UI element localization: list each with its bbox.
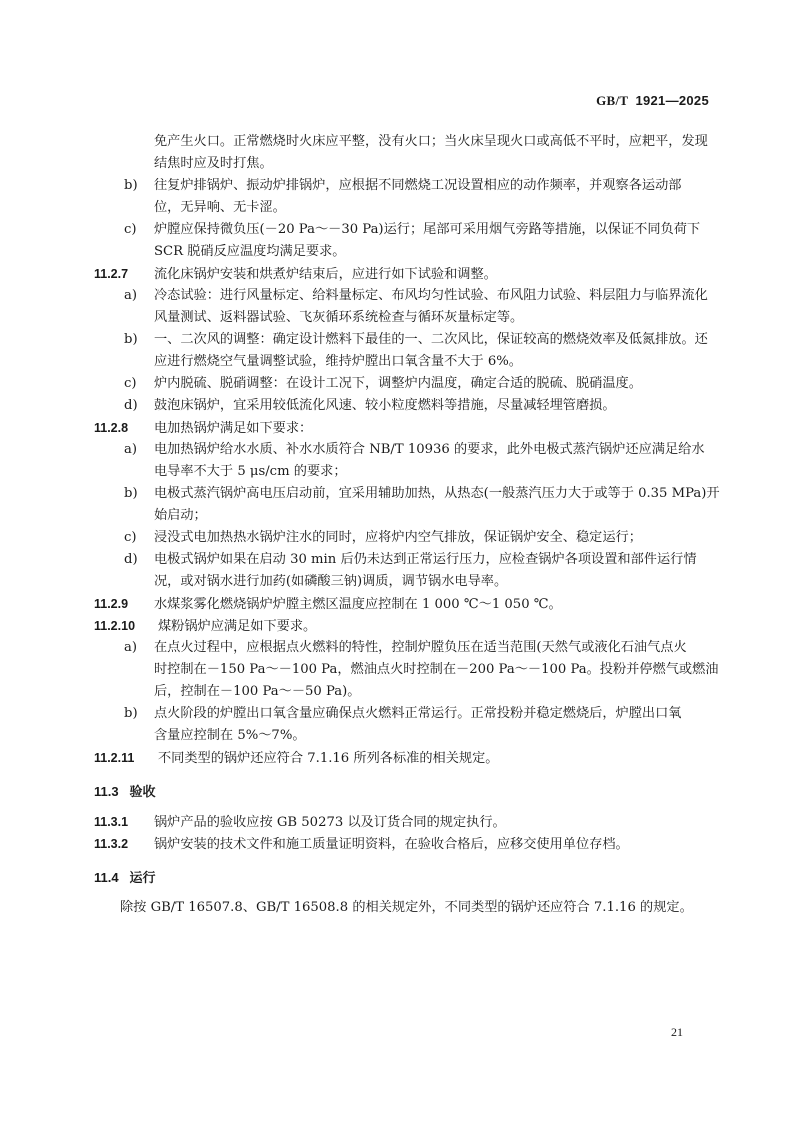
- continuation-line: 免产生火口。正常燃烧时火床应平整，没有火口；当火床呈现火口或高低不平时，应耙平，…: [94, 131, 706, 153]
- item-label: a): [124, 439, 137, 461]
- section-heading-11-3: 11.3 验收: [94, 781, 706, 803]
- item-label: b): [124, 703, 138, 725]
- standard-prefix: GB/T: [596, 93, 628, 108]
- clause-11-2-10: 11.2.10煤粉锅炉应满足如下要求。: [94, 615, 706, 637]
- list-item-b: b) 往复炉排锅炉、振动炉排锅炉，应根据不同燃烧工况设置相应的动作频率，并观察各…: [94, 175, 706, 219]
- item-text-line: 应进行燃烧空气量调整试验，维持炉膛出口氧含量不大于 6%。: [154, 351, 706, 373]
- list-item-d: d) 鼓泡床锅炉，宜采用较低流化风速、较小粒度燃料等措施，尽量减轻埋管磨损。: [94, 395, 706, 417]
- item-label: b): [124, 329, 138, 351]
- item-label: c): [124, 527, 137, 549]
- clause-text: 煤粉锅炉应满足如下要求。: [158, 619, 316, 634]
- clause-text: 水煤浆雾化燃烧锅炉炉膛主燃区温度应控制在 1 000 ℃～1 050 ℃。: [154, 597, 562, 612]
- list-item-d: d) 电极式锅炉如果在启动 30 min 后仍未达到正常运行压力，应检查锅炉各项…: [94, 549, 706, 593]
- item-text-line: 电极式蒸汽锅炉高电压启动前，宜采用辅助加热，从热态(一般蒸汽压力大于或等于 0.…: [154, 483, 706, 505]
- clause-11-3-1: 11.3.1锅炉产品的验收应按 GB 50273 以及订货合同的规定执行。: [94, 811, 706, 833]
- clause-number: 11.2.11: [94, 747, 158, 769]
- clause-11-2-11: 11.2.11不同类型的锅炉还应符合 7.1.16 所列各标准的相关规定。: [94, 747, 706, 769]
- item-text-line: 炉内脱硫、脱硝调整：在设计工况下，调整炉内温度，确定合适的脱硫、脱硝温度。: [154, 373, 706, 395]
- item-label: d): [124, 549, 138, 571]
- item-label: b): [124, 175, 138, 197]
- clause-number: 11.2.7: [94, 263, 154, 285]
- list-item-a: a) 在点火过程中，应根据点火燃料的特性，控制炉膛负压在适当范围(天然气或液化石…: [94, 637, 706, 703]
- page-content: 免产生火口。正常燃烧时火床应平整，没有火口；当火床呈现火口或高低不平时，应耙平，…: [94, 131, 706, 919]
- clause-number: 11.3.2: [94, 833, 154, 855]
- item-text-line: 后，控制在－100 Pa～－50 Pa)。: [154, 681, 706, 703]
- clause-number: 11.2.10: [94, 615, 158, 637]
- list-item-b: b) 电极式蒸汽锅炉高电压启动前，宜采用辅助加热，从热态(一般蒸汽压力大于或等于…: [94, 483, 706, 527]
- item-text-line: SCR 脱硝反应温度均满足要求。: [154, 241, 706, 263]
- clause-number: 11.2.8: [94, 417, 154, 439]
- standard-number: 1921—2025: [635, 93, 709, 108]
- clause-text: 锅炉产品的验收应按 GB 50273 以及订货合同的规定执行。: [154, 815, 506, 830]
- list-item-b: b) 一、二次风的调整：确定设计燃料下最佳的一、二次风比，保证较高的燃烧效率及低…: [94, 329, 706, 373]
- item-text-line: 炉膛应保持微负压(－20 Pa～－30 Pa)运行；尾部可采用烟气旁路等措施，以…: [154, 219, 706, 241]
- item-text-line: 含量应控制在 5%～7%。: [154, 725, 706, 747]
- item-label: c): [124, 373, 137, 395]
- list-item-b: b) 点火阶段的炉膛出口氧含量应确保点火燃料正常运行。正常投粉并稳定燃烧后，炉膛…: [94, 703, 706, 747]
- list-item-a: a) 冷态试验：进行风量标定、给料量标定、布风均匀性试验、布风阻力试验、料层阻力…: [94, 285, 706, 329]
- item-label: a): [124, 285, 137, 307]
- item-text-line: 一、二次风的调整：确定设计燃料下最佳的一、二次风比，保证较高的燃烧效率及低氮排放…: [154, 329, 706, 351]
- document-header: GB/T 1921—2025: [596, 93, 709, 109]
- item-label: a): [124, 637, 137, 659]
- spacer: [94, 769, 706, 781]
- item-text-line: 电导率不大于 5 μs/cm 的要求；: [154, 461, 706, 483]
- item-text-line: 冷态试验：进行风量标定、给料量标定、布风均匀性试验、布风阻力试验、料层阻力与临界…: [154, 285, 706, 307]
- item-text-line: 在点火过程中，应根据点火燃料的特性，控制炉膛负压在适当范围(天然气或液化石油气点…: [154, 637, 706, 659]
- list-item-c: c) 炉内脱硫、脱硝调整：在设计工况下，调整炉内温度，确定合适的脱硫、脱硝温度。: [94, 373, 706, 395]
- item-text-line: 往复炉排锅炉、振动炉排锅炉，应根据不同燃烧工况设置相应的动作频率，并观察各运动部: [154, 175, 706, 197]
- item-text-line: 时控制在－150 Pa～－100 Pa，燃油点火时控制在－200 Pa～－100…: [154, 659, 706, 681]
- item-text-line: 鼓泡床锅炉，宜采用较低流化风速、较小粒度燃料等措施，尽量减轻埋管磨损。: [154, 395, 706, 417]
- item-label: b): [124, 483, 138, 505]
- clause-11-3-2: 11.3.2锅炉安装的技术文件和施工质量证明资料，在验收合格后，应移交使用单位存…: [94, 833, 706, 855]
- spacer: [94, 803, 706, 811]
- spacer: [94, 855, 706, 867]
- item-label: c): [124, 219, 137, 241]
- clause-text: 电加热锅炉满足如下要求：: [154, 421, 312, 436]
- clause-number: 11.3.1: [94, 811, 154, 833]
- item-text-line: 风量测试、返料器试验、飞灰循环系统检查与循环灰量标定等。: [154, 307, 706, 329]
- section-title: 验收: [129, 784, 155, 799]
- item-text-line: 电极式锅炉如果在启动 30 min 后仍未达到正常运行压力，应检查锅炉各项设置和…: [154, 549, 706, 571]
- clause-number: 11.2.9: [94, 593, 154, 615]
- clause-text: 不同类型的锅炉还应符合 7.1.16 所列各标准的相关规定。: [158, 751, 498, 766]
- item-text-line: 点火阶段的炉膛出口氧含量应确保点火燃料正常运行。正常投粉并稳定燃烧后，炉膛出口氧: [154, 703, 706, 725]
- clause-text: 流化床锅炉安装和烘煮炉结束后，应进行如下试验和调整。: [154, 267, 497, 282]
- page-number: 21: [671, 1025, 683, 1040]
- item-text-line: 浸没式电加热热水锅炉注水的同时，应将炉内空气排放，保证锅炉安全、稳定运行；: [154, 527, 706, 549]
- list-item-c: c) 浸没式电加热热水锅炉注水的同时，应将炉内空气排放，保证锅炉安全、稳定运行；: [94, 527, 706, 549]
- item-text-line: 况，或对锅水进行加药(如磷酸三钠)调质，调节锅水电导率。: [154, 571, 706, 593]
- clause-11-2-7: 11.2.7流化床锅炉安装和烘煮炉结束后，应进行如下试验和调整。: [94, 263, 706, 285]
- list-item-a: a) 电加热锅炉给水水质、补水水质符合 NB/T 10936 的要求，此外电极式…: [94, 439, 706, 483]
- continuation-line: 结焦时应及时打焦。: [94, 153, 706, 175]
- section-heading-11-4: 11.4 运行: [94, 867, 706, 889]
- clause-text: 锅炉安装的技术文件和施工质量证明资料，在验收合格后，应移交使用单位存档。: [154, 837, 629, 852]
- section-title: 运行: [129, 870, 155, 885]
- item-label: d): [124, 395, 138, 417]
- section-number: 11.4: [94, 870, 119, 885]
- clause-11-2-9: 11.2.9水煤浆雾化燃烧锅炉炉膛主燃区温度应控制在 1 000 ℃～1 050…: [94, 593, 706, 615]
- clause-11-2-8: 11.2.8电加热锅炉满足如下要求：: [94, 417, 706, 439]
- item-text-line: 位，无异响、无卡涩。: [154, 197, 706, 219]
- spacer: [94, 889, 706, 897]
- item-text-line: 始启动；: [154, 505, 706, 527]
- section-number: 11.3: [94, 784, 119, 799]
- section-paragraph: 除按 GB/T 16507.8、GB/T 16508.8 的相关规定外，不同类型…: [94, 897, 706, 919]
- item-text-line: 电加热锅炉给水水质、补水水质符合 NB/T 10936 的要求，此外电极式蒸汽锅…: [154, 439, 706, 461]
- list-item-c: c) 炉膛应保持微负压(－20 Pa～－30 Pa)运行；尾部可采用烟气旁路等措…: [94, 219, 706, 263]
